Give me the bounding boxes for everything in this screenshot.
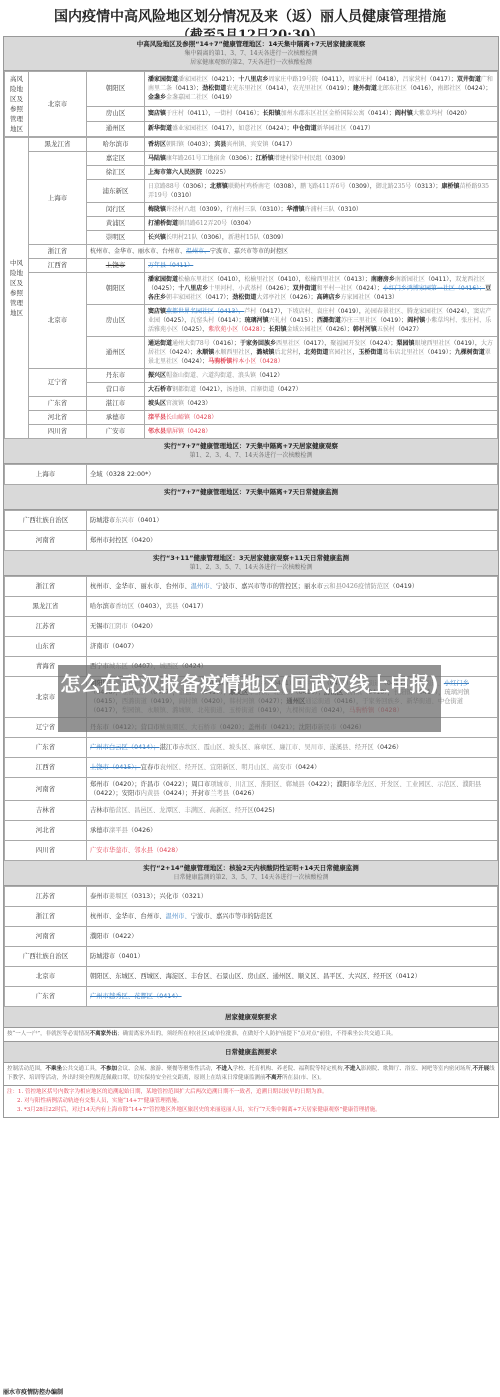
table-row: 浙江省杭州市、金华市、丽水市、台州市、温州市、宁波市、嘉兴市等市的封控区 — [5, 245, 498, 259]
area-detail-cell: 杭州市、金华市、台州市、温州市、宁波市、嘉兴市等市的防范区 — [87, 907, 498, 927]
province-cell: 山东省 — [5, 637, 87, 657]
area-detail-cell: 通运街道通州大街78号（0416）；于家务回族乡西里社区（0417），聚福园开发… — [145, 337, 498, 369]
area-detail-cell: 上饶市（0415）；宜春市袁州区、经开区、宜阳新区、明月山区、高安市（0424） — [87, 758, 498, 778]
area-detail-cell: 防城港市（0401） — [87, 947, 498, 967]
city-cell: 营口市 — [87, 383, 145, 397]
area-detail-cell: 长兴镇长明村21队（0306），新港村15队（0309） — [145, 231, 498, 245]
province-cell: 河北省 — [29, 411, 87, 425]
risk-category-label: 中风险地区及参照管理地区 — [5, 138, 29, 439]
province-cell: 上海市 — [5, 465, 87, 485]
area-detail-cell: 防城港市东兴市（0401） — [87, 511, 498, 531]
area-detail-cell: 濮阳市（0422） — [87, 927, 498, 947]
text: 会议、会展、旅游、聚餐等聚集性活动， — [117, 1066, 216, 1072]
table-row: 广西壮族自治区防城港市东兴市（0401） — [5, 511, 498, 531]
section-subheading: 第1、2、3、4、7、14天各进行一次核酸检测 — [6, 451, 496, 460]
table-row: 河北省承德市滦平县（0426） — [5, 821, 498, 841]
table-row: 江苏省泰州市姜堰区（0313）；兴化市（0321） — [5, 887, 498, 907]
section-subheading: 集中隔离的第1、3、7、14天各进行一次核酸检测 — [6, 49, 496, 58]
table-row: 广东省广州市越秀区、花都区（0414） — [5, 987, 498, 1007]
table-row: 广东省广州市白云区（0414）；湛江市赤坎区、霞山区、坡头区、麻章区、廉江市、吴… — [5, 738, 498, 758]
table-row: 四川省广安市邻水县鼎屏镇（0428） — [5, 425, 498, 439]
area-detail-cell: 哈尔滨市香坊区（0403），宾县（0417） — [87, 597, 498, 617]
table-row: 北京市朝阳区潘家园街道松榆东里社区（0410），松榆里社区（0410），松榆西里… — [5, 273, 498, 305]
province-cell: 辽宁省 — [29, 369, 87, 397]
table-row: 高风险地区及参照管理地区北京市朝阳区潘家园街道潘家园社区（0421）；十八里店乡… — [5, 72, 498, 107]
table-row: 广西壮族自治区防城港市（0401） — [5, 947, 498, 967]
text: ；确需离家外出的，须经所在村(社区)或单位批准，在做好个人防护前提下“点对点”前… — [117, 1031, 396, 1037]
emphasis: 不离家外出 — [90, 1031, 118, 1037]
province-cell: 黑龙江省 — [29, 138, 87, 152]
text: 控制活动范围， — [7, 1066, 46, 1072]
province-cell: 江苏省 — [5, 887, 87, 907]
province-cell: 江西省 — [29, 259, 87, 273]
text: 公共交通工具， — [62, 1066, 101, 1072]
table-row: 浙江省杭州市、金华市、台州市、温州市、宁波市、嘉兴市等市的防范区 — [5, 907, 498, 927]
city-cell: 朝阳区 — [87, 273, 145, 305]
table-row: 四川省广安市华蓥市、邻水县（0428） — [5, 841, 498, 861]
note-1: 注：1. 管控地区括号内数字为相应地区的追溯起始日期，某地管控范围扩大后两次追溯… — [7, 1088, 495, 1097]
province-cell: 北京市 — [5, 967, 87, 987]
s214-table: 江苏省泰州市姜堰区（0313）；兴化市（0321）浙江省杭州市、金华市、台州市、… — [4, 886, 498, 1007]
area-detail-cell: 梅陇镇许泾村八组（0309），行南村三队（0310）；华漕镇许浦村三队（0310… — [145, 203, 498, 217]
province-cell: 四川省 — [5, 841, 87, 861]
table-row: 江西省上饶市万年县（0411） — [5, 259, 498, 273]
section-heading: 日常健康监测要求 — [6, 1045, 496, 1059]
province-cell: 河南省 — [5, 927, 87, 947]
province-cell: 河南省 — [5, 531, 87, 551]
area-detail-cell: 新华街道盛业家园社区（0417），如意社区（0424）；中仓街道新华园社区（04… — [145, 121, 498, 136]
emphasis: 不乘坐 — [46, 1066, 63, 1072]
area-detail-cell: 大石桥市钢都街道（0421），汤池镇、百寨街道（0427） — [145, 383, 498, 397]
section-7-7a-header: 实行“7+7”健康管理地区：7天集中隔离+7天居家健康观察 第1、2、3、4、7… — [4, 439, 498, 464]
section-heading: 实行“2+14”健康管理地区：核验2天内核酸阴性证明+14天日常健康监测 — [6, 864, 496, 873]
area-detail-cell: 滦平县长山峪镇（0428） — [145, 411, 498, 425]
table-row: 江西省上饶市（0415）；宜春市袁州区、经开区、宜阳新区、明月山区、高安市（04… — [5, 758, 498, 778]
section-heading: 实行“7+7”健康管理地区：7天集中隔离+7天日常健康监测 — [6, 488, 496, 497]
area-detail-cell: 打浦桥街道顺昌路612弄20号（0304） — [145, 217, 498, 231]
section-7-7b-header: 实行“7+7”健康管理地区：7天集中隔离+7天日常健康监测 — [4, 485, 498, 510]
emphasis: 不开展 — [473, 1066, 490, 1072]
section-subheading: 日常健康监测的第2、3、5、7、14天各进行一次核酸检测 — [6, 873, 496, 882]
daily-monitoring-header: 日常健康监测要求 — [4, 1042, 498, 1063]
table-row: 上海市全域（0328 22:00*） — [5, 465, 498, 485]
table-row: 广东省湛江市坡头区官渡镇（0423） — [5, 397, 498, 411]
table-row: 北京市朝阳区、东城区、西城区、海淀区、丰台区、石景山区、房山区、通州区、顺义区、… — [5, 967, 498, 987]
province-cell: 江西省 — [5, 758, 87, 778]
table-row: 中风险地区及参照管理地区黑龙江省哈尔滨市香坊区朝阳镇（0403）；宾县宾州镇、宾… — [5, 138, 498, 152]
area-detail-cell: 振兴区帽盔山街道、六道沟街道、浪头镇（0412） — [145, 369, 498, 383]
city-cell: 承德市 — [87, 411, 145, 425]
province-cell: 上海市 — [29, 152, 87, 245]
table-row: 江苏省无锡市江阴市（0420） — [5, 617, 498, 637]
area-detail-cell: 广州市越秀区、花都区（0414） — [87, 987, 498, 1007]
area-detail-cell: 郑州市封控区（0420） — [87, 531, 498, 551]
province-cell: 北京市 — [29, 72, 87, 137]
note-3: 3. *3月28日22时后，对过14天内有上海市除“14+7”管控地区外地区旅居… — [7, 1106, 495, 1115]
province-cell: 浙江省 — [5, 907, 87, 927]
notes: 注：1. 管控地区括号内数字为相应地区的追溯起始日期，某地管控范围扩大后两次追溯… — [4, 1086, 498, 1117]
area-detail-cell: 坡头区官渡镇（0423） — [145, 397, 498, 411]
province-cell: 河北省 — [5, 821, 87, 841]
footer-credit: 丽水市疫情防控办编制 — [3, 1387, 63, 1396]
district-cell: 朝阳区 — [87, 72, 145, 107]
area-detail-cell: 潘家园街道松榆东里社区（0410），松榆里社区（0410），松榆西里社区（041… — [145, 273, 498, 305]
text: 学校、托育机构、养老院、福利院等特定机构, — [233, 1066, 345, 1072]
city-cell: 上饶市 — [87, 259, 145, 273]
area-detail-cell: 承德市滦平县（0426） — [87, 821, 498, 841]
area-detail-cell: 马陆镇康年路261号工地宿舍（0306）；江桥镇增建村梁中村民组（0309） — [145, 152, 498, 166]
section-subheading: 第1、2、3、5、7、14天各进行一次核酸检测 — [6, 563, 496, 572]
table-row: 河南省郑州市封控区（0420） — [5, 531, 498, 551]
province-cell: 吉林省 — [5, 801, 87, 821]
daily-monitoring-text: 控制活动范围，不乘坐公共交通工具，不参加会议、会展、旅游、聚餐等聚集性活动，不进… — [4, 1063, 498, 1086]
section-heading: 实行“3+11”健康管理地区：3天居家健康观察+11天日常健康监测 — [6, 554, 496, 563]
area-detail-cell: 窦店镇于庄村（0411），一街村（0416）；长阳镇加州水郡东区社区金桥国际公寓… — [145, 106, 498, 121]
emphasis: 不进入 — [344, 1066, 361, 1072]
city-cell: 哈尔滨市 — [87, 138, 145, 152]
area-detail-cell: 窦店镇燕都世界名园社区（0413），芦村（0417），下坡店村、袁庄村（0419… — [145, 305, 498, 337]
high-risk-table: 高风险地区及参照管理地区北京市朝阳区潘家园街道潘家园社区（0421）；十八里店乡… — [4, 71, 498, 137]
title-line1: 国内疫情中高风险地区划分情况及来（返）丽人员健康管理措施 — [0, 0, 500, 24]
s77a-table: 上海市全域（0328 22:00*） — [4, 464, 498, 485]
section-heading: 居家健康观察要求 — [6, 1010, 496, 1024]
area-detail-cell: 杭州市、金华市、丽水市、台州市、温州市、宁波市、嘉兴市等市的管控区；丽水市云和县… — [87, 577, 498, 597]
risk-category-label: 高风险地区及参照管理地区 — [5, 72, 29, 137]
province-cell: 广西壮族自治区 — [5, 947, 87, 967]
city-cell: 广安市 — [87, 425, 145, 439]
home-observation-text: 按“一人一户”，非就医等必需情况不离家外出；确需离家外出的，须经所在村(社区)或… — [4, 1028, 498, 1042]
emphasis: 不进入 — [216, 1066, 233, 1072]
area-detail-cell: 郑州市（0420）；许昌市（0422）；周口市项城市、川汇区、淮阳区、郸城县（0… — [87, 778, 498, 801]
table-row: 山东省济南市（0407） — [5, 637, 498, 657]
section-3-11-header: 实行“3+11”健康管理地区：3天居家健康观察+11天日常健康监测 第1、2、3… — [4, 551, 498, 576]
area-detail-cell: 潘家园街道潘家园社区（0421）；十八里店乡周家庄中路19号院（0411），周家… — [145, 72, 498, 107]
area-detail-cell: 广州市白云区（0414）；湛江市赤坎区、霞山区、坡头区、麻章区、廉江市、吴川市、… — [87, 738, 498, 758]
emphasis: 不离开 — [266, 1075, 283, 1081]
province-cell: 河南省 — [5, 778, 87, 801]
area-detail-cell: 香坊区朝阳镇（0403）；宾县宾州镇、宾安镇（0417） — [145, 138, 498, 152]
area-detail-cell: 上海市第六人民医院（0225） — [145, 166, 498, 180]
section-14-7-header: 中高风险地区及参照“14+7”健康管理地区：14天集中隔离+7天居家健康观察 集… — [4, 37, 498, 71]
table-row: 辽宁省丹东市振兴区帽盔山街道、六道沟街道、浪头镇（0412） — [5, 369, 498, 383]
city-cell: 湛江市 — [87, 397, 145, 411]
area-detail-cell: 无锡市江阴市（0420） — [87, 617, 498, 637]
area-detail-cell: 日京路88号（0306）；北蔡镇联勤村鸡桥南宅（0308），鹏飞路411弄6号（… — [145, 180, 498, 203]
city-cell: 丹东市 — [87, 369, 145, 383]
table-row: 河北省承德市滦平县长山峪镇（0428） — [5, 411, 498, 425]
area-detail-cell: 泰州市姜堰区（0313）；兴化市（0321） — [87, 887, 498, 907]
area-detail-cell: 全域（0328 22:00*） — [87, 465, 498, 485]
area-detail-cell: 朝阳区、东城区、西城区、海淀区、丰台区、石景山区、房山区、通州区、顺义区、昌平区… — [87, 967, 498, 987]
province-cell: 北京市 — [29, 273, 87, 369]
emphasis: 不参加 — [101, 1066, 118, 1072]
mid-risk-table: 中风险地区及参照管理地区黑龙江省哈尔滨市香坊区朝阳镇（0403）；宾县宾州镇、宾… — [4, 137, 498, 439]
home-observation-header: 居家健康观察要求 — [4, 1007, 498, 1028]
note-2: 2. 对与阳性病例活动轨迹有交集人员，实施“14+7”健康管理措施。 — [7, 1097, 495, 1106]
text: 所在县(市、区)。 — [282, 1075, 325, 1081]
province-cell: 广东省 — [29, 397, 87, 411]
area-detail-cell: 济南市（0407） — [87, 637, 498, 657]
city-cell: 崇明区 — [87, 231, 145, 245]
text: 按“一人一户”，非就医等必需情况 — [7, 1031, 90, 1037]
district-cell: 房山区 — [87, 106, 145, 121]
city-cell: 闵行区 — [87, 203, 145, 217]
province-cell: 浙江省 — [5, 577, 87, 597]
table-row: 黑龙江省哈尔滨市香坊区（0403），宾县（0417） — [5, 597, 498, 617]
province-cell: 广东省 — [5, 738, 87, 758]
district-cell: 通州区 — [87, 121, 145, 136]
section-subheading — [6, 497, 496, 506]
city-cell: 通州区 — [87, 337, 145, 369]
area-detail-cell: 邻水县鼎屏镇（0428） — [145, 425, 498, 439]
text: 影剧院、歌舞厅、浴室、网吧等室内密闭场所, — [361, 1066, 473, 1072]
section-heading: 实行“7+7”健康管理地区：7天集中隔离+7天居家健康观察 — [6, 442, 496, 451]
city-cell: 徐汇区 — [87, 166, 145, 180]
province-cell: 广西壮族自治区 — [5, 511, 87, 531]
province-cell: 黑龙江省 — [5, 597, 87, 617]
area-detail-cell: 万年县（0411） — [145, 259, 498, 273]
table-row: 河南省郑州市（0420）；许昌市（0422）；周口市项城市、川汇区、淮阳区、郸城… — [5, 778, 498, 801]
area-detail-cell: 广安市华蓥市、邻水县（0428） — [87, 841, 498, 861]
province-cell: 四川省 — [29, 425, 87, 439]
city-cell: 嘉定区 — [87, 152, 145, 166]
section-2-14-header: 实行“2+14”健康管理地区：核验2天内核酸阴性证明+14天日常健康监测 日常健… — [4, 861, 498, 886]
table-row: 吉林省吉林市船营区、昌邑区、龙潭区、丰满区、高新区、经开区(0425) — [5, 801, 498, 821]
table-row: 上海市嘉定区马陆镇康年路261号工地宿舍（0306）；江桥镇增建村梁中村民组（0… — [5, 152, 498, 166]
policy-table: 中高风险地区及参照“14+7”健康管理地区：14天集中隔离+7天居家健康观察 集… — [3, 36, 499, 1118]
area-detail-cell: 杭州市、金华市、丽水市、台州市、温州市、宁波市、嘉兴市等市的封控区 — [87, 245, 498, 259]
city-cell: 黄浦区 — [87, 217, 145, 231]
s77b-table: 广西壮族自治区防城港市东兴市（0401）河南省郑州市封控区（0420） — [4, 510, 498, 551]
province-cell: 广东省 — [5, 987, 87, 1007]
province-cell: 浙江省 — [29, 245, 87, 259]
section-heading: 中高风险地区及参照“14+7”健康管理地区：14天集中隔离+7天居家健康观察 — [6, 40, 496, 49]
city-cell: 房山区 — [87, 305, 145, 337]
watermark-overlay-title: 怎么在武汉报备疫情地区(回武汉线上申报) — [58, 665, 441, 732]
table-row: 浙江省杭州市、金华市、丽水市、台州市、温州市、宁波市、嘉兴市等市的管控区；丽水市… — [5, 577, 498, 597]
city-cell: 浦东新区 — [87, 180, 145, 203]
province-cell: 江苏省 — [5, 617, 87, 637]
area-detail-cell: 吉林市船营区、昌邑区、龙潭区、丰满区、高新区、经开区(0425) — [87, 801, 498, 821]
section-subheading: 居家健康观察的第2、7天各进行一次核酸检测 — [6, 58, 496, 67]
table-row: 河南省濮阳市（0422） — [5, 927, 498, 947]
